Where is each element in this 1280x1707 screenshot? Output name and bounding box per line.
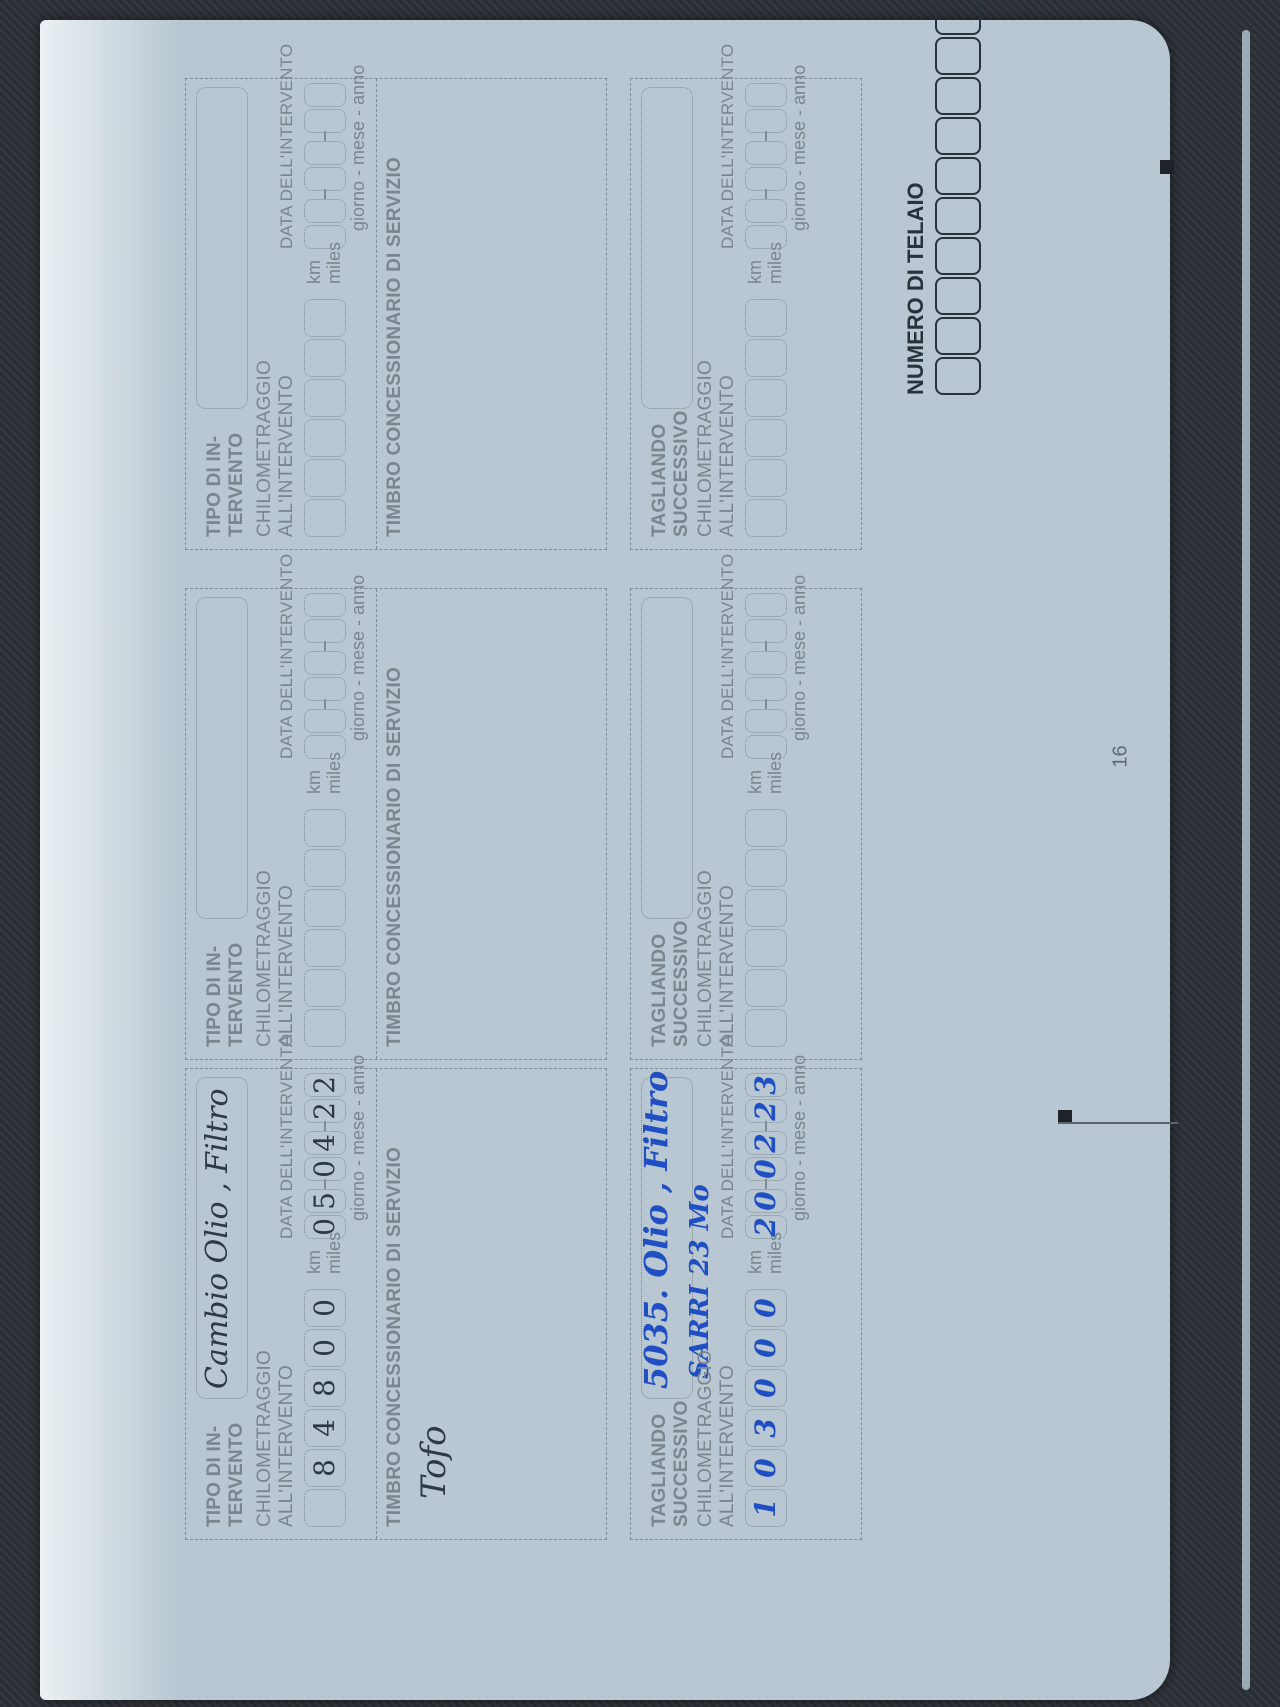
timbro-label: TIMBRO CONCESSIONARIO DI SERVIZIO (384, 667, 406, 1047)
km-digit-box[interactable] (304, 929, 346, 967)
next-km-digit-box[interactable]: 1 (745, 1489, 787, 1527)
next-all-intervento-label: ALL'INTERVENTO (717, 885, 739, 1047)
km-unit: km (304, 770, 324, 794)
km-unit: km (304, 1250, 324, 1274)
date-digit-box[interactable] (304, 199, 346, 223)
next-km-digit-box[interactable] (745, 379, 787, 417)
date-hint: giorno - mese - anno (348, 1055, 368, 1221)
next-chilometraggio-label: CHILOMETRAGGIO (695, 870, 717, 1047)
tagliando-label: TAGLIANDO (649, 1414, 671, 1527)
date-digit-box[interactable] (304, 619, 346, 643)
rotated-page-content: TIPO DI IN-TERVENTOCambio Olio , FiltroC… (185, 20, 1185, 1680)
vin-digit-box[interactable] (935, 0, 981, 35)
km-digit-box[interactable]: 4 (304, 1409, 346, 1447)
tipo-label: TIPO DI IN- (204, 436, 226, 537)
data-intervento-label: DATA DELL'INTERVENTO (276, 554, 298, 759)
next-chilometraggio-label: CHILOMETRAGGIO (695, 360, 717, 537)
page-number: 16 (1110, 745, 1133, 767)
chilometraggio-label: CHILOMETRAGGIO (254, 1350, 276, 1527)
vin-digit-box[interactable] (935, 277, 981, 315)
next-all-intervento-label: ALL'INTERVENTO (717, 1365, 739, 1527)
service-record-card: TIPO DI IN-TERVENTOCambio Olio , FiltroC… (185, 1068, 607, 1540)
km-digit-box[interactable] (304, 499, 346, 537)
all-intervento-label: ALL'INTERVENTO (276, 375, 298, 537)
vin-digit-box[interactable] (935, 317, 981, 355)
next-date-digit-box[interactable] (745, 109, 787, 133)
stamp-signature: Tofo (414, 1425, 454, 1499)
tipo-label-2: TERVENTO (226, 433, 248, 537)
next-date-digit-box[interactable] (745, 619, 787, 643)
chilometraggio-label: CHILOMETRAGGIO (254, 870, 276, 1047)
next-date-digit-box[interactable]: 2 (745, 1131, 787, 1155)
next-date-digit-box[interactable] (745, 677, 787, 701)
km-digit-box[interactable] (304, 969, 346, 1007)
date-digit-box[interactable] (304, 83, 346, 107)
next-chilometraggio-label: CHILOMETRAGGIO (695, 1350, 717, 1527)
km-digit-box[interactable] (304, 849, 346, 887)
timbro-label: TIMBRO CONCESSIONARIO DI SERVIZIO (384, 1147, 406, 1527)
next-all-intervento-label: ALL'INTERVENTO (717, 375, 739, 537)
date-digit-box[interactable]: 4 (304, 1131, 346, 1155)
km-digit-box[interactable] (304, 1009, 346, 1047)
next-km-digit-box[interactable] (745, 419, 787, 457)
tipo-label: TIPO DI IN- (204, 946, 226, 1047)
date-digit-box[interactable]: 0 (304, 1215, 346, 1239)
next-km-digit-box[interactable]: 0 (745, 1369, 787, 1407)
next-tipo-value: 5035. Olio , Filtro (637, 1071, 675, 1389)
next-data-label: DATA DELL'INTERVENTO (717, 44, 739, 249)
all-intervento-label: ALL'INTERVENTO (276, 1365, 298, 1527)
tipo-intervento-field[interactable] (196, 87, 248, 409)
next-date-digit-box[interactable] (745, 709, 787, 733)
date-digit-box[interactable] (304, 225, 346, 249)
tipo-intervento-field[interactable] (196, 597, 248, 919)
next-km-digit-box[interactable] (745, 969, 787, 1007)
vin-digit-box[interactable] (935, 237, 981, 275)
page-fold-highlight (40, 20, 180, 1700)
next-date-digit-box[interactable] (745, 593, 787, 617)
next-km-digit-box[interactable] (745, 299, 787, 337)
service-record-card: TIPO DI IN-TERVENTOCHILOMETRAGGIOALL'INT… (185, 588, 607, 1060)
date-digit-box[interactable] (304, 709, 346, 733)
next-km-digit-box[interactable]: 3 (745, 1409, 787, 1447)
successivo-label: SUCCESSIVO (671, 920, 693, 1047)
successivo-label: SUCCESSIVO (671, 1400, 693, 1527)
date-digit-box[interactable] (304, 593, 346, 617)
card-divider (376, 1069, 377, 1539)
page-edge (1242, 30, 1250, 1690)
vin-digit-box[interactable] (935, 157, 981, 195)
next-km-digit-box[interactable]: 0 (745, 1449, 787, 1487)
next-data-label: DATA DELL'INTERVENTO (717, 554, 739, 759)
date-hint: giorno - mese - anno (789, 575, 809, 741)
service-record-card: TIPO DI IN-TERVENTOCHILOMETRAGGIOALL'INT… (185, 78, 607, 550)
next-date-digit-box[interactable] (745, 83, 787, 107)
date-digit-box[interactable]: 5 (304, 1189, 346, 1213)
next-date-digit-box[interactable] (745, 735, 787, 759)
tipo-label-2: TERVENTO (226, 1423, 248, 1527)
next-km-digit-box[interactable] (745, 929, 787, 967)
date-digit-box[interactable] (304, 109, 346, 133)
date-digit-box[interactable] (304, 651, 346, 675)
vin-digit-box[interactable] (935, 357, 981, 395)
km-unit: km (304, 260, 324, 284)
date-digit-box[interactable]: 0 (304, 1157, 346, 1181)
vin-digit-box[interactable] (935, 37, 981, 75)
km-digit-box[interactable]: 8 (304, 1449, 346, 1487)
km-digit-box[interactable]: 0 (304, 1329, 346, 1367)
vin-digit-box[interactable] (935, 197, 981, 235)
next-km-digit-box[interactable] (745, 339, 787, 377)
tipo-intervento-value: Cambio Olio , Filtro (200, 1088, 235, 1389)
date-hint: giorno - mese - anno (789, 1055, 809, 1221)
all-intervento-label: ALL'INTERVENTO (276, 885, 298, 1047)
next-date-digit-box[interactable] (745, 141, 787, 165)
next-km-digit-box[interactable] (745, 809, 787, 847)
km-digit-box[interactable] (304, 299, 346, 337)
next-service-card: TAGLIANDOSUCCESSIVO5035. Olio , FiltroSA… (630, 1068, 862, 1540)
date-digit-box[interactable] (304, 677, 346, 701)
next-date-digit-box[interactable]: 0 (745, 1189, 787, 1213)
successivo-label: SUCCESSIVO (671, 410, 693, 537)
next-km-digit-box[interactable] (745, 459, 787, 497)
next-km-digit-box[interactable]: 0 (745, 1329, 787, 1367)
data-intervento-label: DATA DELL'INTERVENTO (276, 44, 298, 249)
km-unit: km (745, 1250, 765, 1274)
tipo-label: TIPO DI IN- (204, 1426, 226, 1527)
next-date-digit-box[interactable] (745, 651, 787, 675)
tipo-label-2: TERVENTO (226, 943, 248, 1047)
km-digit-box[interactable] (304, 459, 346, 497)
km-digit-box[interactable] (304, 1489, 346, 1527)
next-tipo-field[interactable] (641, 87, 693, 409)
tagliando-label: TAGLIANDO (649, 424, 671, 537)
next-date-digit-box[interactable]: 0 (745, 1157, 787, 1181)
next-tipo-field[interactable] (641, 597, 693, 919)
km-digit-box[interactable] (304, 419, 346, 457)
next-date-digit-box[interactable]: 2 (745, 1099, 787, 1123)
vin-digit-box[interactable] (935, 77, 981, 115)
date-hint: giorno - mese - anno (348, 575, 368, 741)
date-digit-box[interactable] (304, 141, 346, 165)
card-divider (376, 79, 377, 549)
date-digit-box[interactable] (304, 167, 346, 191)
date-digit-box[interactable]: 2 (304, 1073, 346, 1097)
chilometraggio-label: CHILOMETRAGGIO (254, 360, 276, 537)
next-date-digit-box[interactable]: 2 (745, 1215, 787, 1239)
next-date-digit-box[interactable] (745, 225, 787, 249)
next-service-card: TAGLIANDOSUCCESSIVOCHILOMETRAGGIOALL'INT… (630, 78, 862, 550)
next-km-digit-box[interactable] (745, 849, 787, 887)
date-hint: giorno - mese - anno (348, 65, 368, 231)
date-hint: giorno - mese - anno (789, 65, 809, 231)
km-digit-box[interactable]: 0 (304, 1289, 346, 1327)
km-digit-box[interactable]: 8 (304, 1369, 346, 1407)
km-digit-box[interactable] (304, 379, 346, 417)
date-digit-box[interactable] (304, 735, 346, 759)
km-unit: km (745, 260, 765, 284)
card-divider (376, 589, 377, 1059)
vin-digit-box[interactable] (935, 117, 981, 155)
next-date-digit-box[interactable] (745, 167, 787, 191)
date-digit-box[interactable]: 2 (304, 1099, 346, 1123)
data-intervento-label: DATA DELL'INTERVENTO (276, 1034, 298, 1239)
km-digit-box[interactable] (304, 889, 346, 927)
next-date-digit-box[interactable]: 3 (745, 1073, 787, 1097)
next-data-label: DATA DELL'INTERVENTO (717, 1034, 739, 1239)
timbro-label: TIMBRO CONCESSIONARIO DI SERVIZIO (384, 157, 406, 537)
km-digit-box[interactable] (304, 809, 346, 847)
km-unit: km (745, 770, 765, 794)
next-km-digit-box[interactable]: 0 (745, 1289, 787, 1327)
next-km-digit-box[interactable] (745, 499, 787, 537)
next-km-digit-box[interactable] (745, 1009, 787, 1047)
tagliando-label: TAGLIANDO (649, 934, 671, 1047)
vin-label: NUMERO DI TELAIO (903, 182, 929, 395)
km-digit-box[interactable] (304, 339, 346, 377)
next-date-digit-box[interactable] (745, 199, 787, 223)
next-service-card: TAGLIANDOSUCCESSIVOCHILOMETRAGGIOALL'INT… (630, 588, 862, 1060)
next-km-digit-box[interactable] (745, 889, 787, 927)
